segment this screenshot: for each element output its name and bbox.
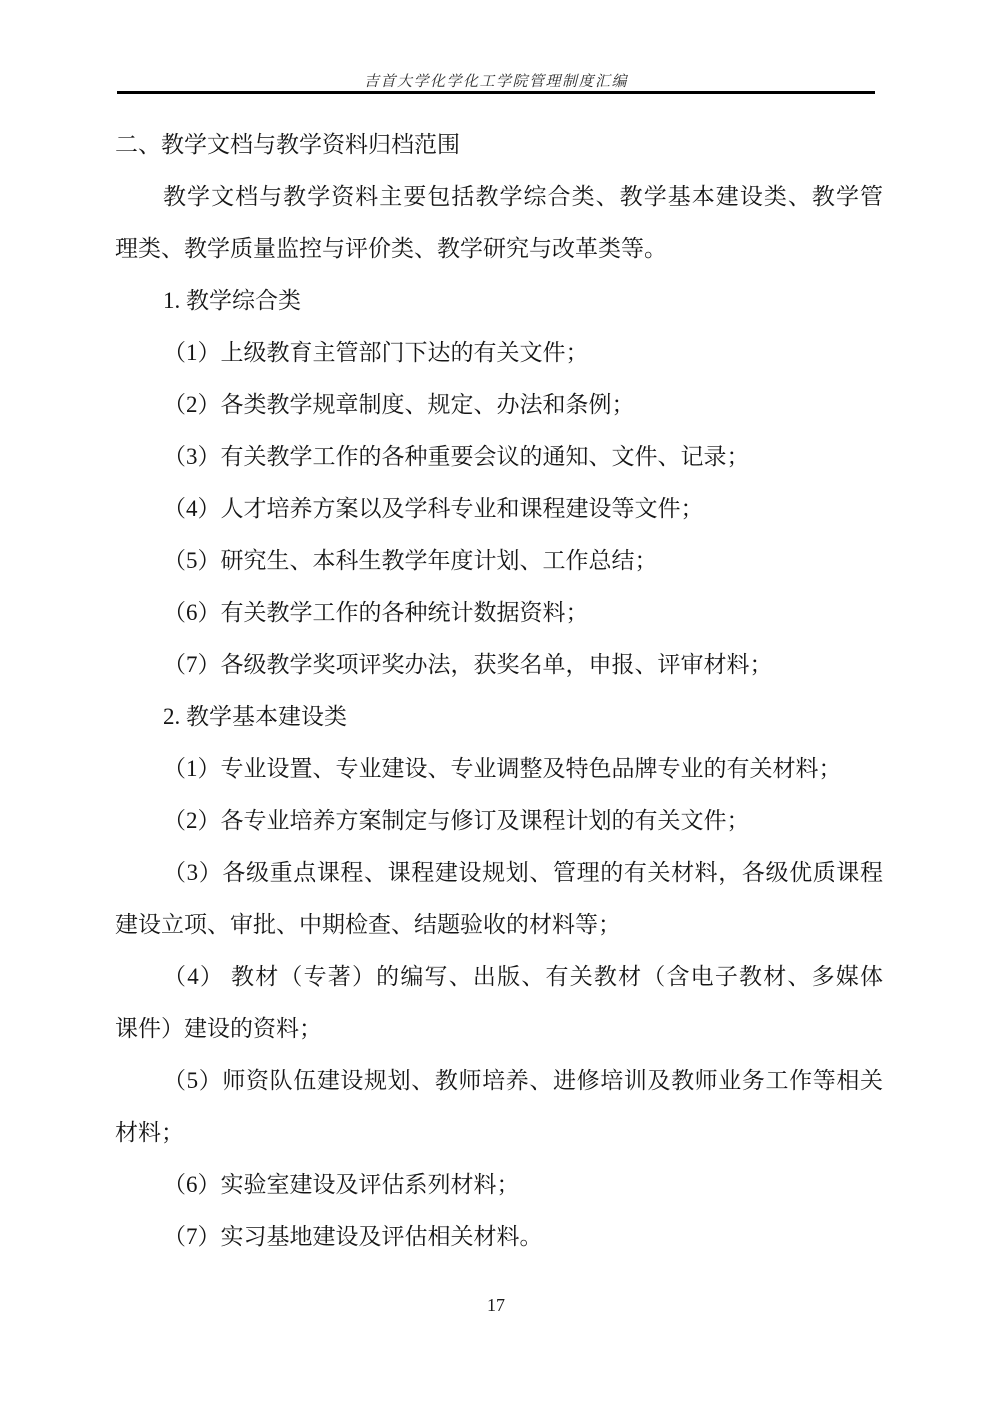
list-item-line: （2）各专业培养方案制定与修订及课程计划的有关文件； [115,795,883,847]
page-number: 17 [0,1294,992,1316]
list-item-line: （1）专业设置、专业建设、专业调整及特色品牌专业的有关材料； [115,743,883,795]
paragraph-line: 理类、教学质量监控与评价类、教学研究与改革类等。 [115,223,883,275]
list-item-line: （3）各级重点课程、课程建设规划、管理的有关材料，各级优质课程 [115,847,883,899]
list-item-line: （7）各级教学奖项评奖办法，获奖名单，申报、评审材料； [115,639,883,691]
list-section-heading: 1. 教学综合类 [115,275,883,327]
list-item-line: （3）有关教学工作的各种重要会议的通知、文件、记录； [115,431,883,483]
paragraph-line: 教学文档与教学资料主要包括教学综合类、教学基本建设类、教学管 [115,171,883,223]
list-item-line: （5）研究生、本科生教学年度计划、工作总结； [115,535,883,587]
list-item-line: （4） 教材（专著）的编写、出版、有关教材（含电子教材、多媒体 [115,951,883,1003]
page: 吉首大学化学化工学院管理制度汇编 二、教学文档与教学资料归档范围 教学文档与教学… [0,0,992,1403]
list-item-line: （6）实验室建设及评估系列材料； [115,1159,883,1211]
list-item-line: （1）上级教育主管部门下达的有关文件； [115,327,883,379]
section-heading: 二、教学文档与教学资料归档范围 [115,119,883,171]
list-item-line: （5）师资队伍建设规划、教师培养、进修培训及教师业务工作等相关 [115,1055,883,1107]
list-item-line: （2）各类教学规章制度、规定、办法和条例； [115,379,883,431]
document-body: 二、教学文档与教学资料归档范围 教学文档与教学资料主要包括教学综合类、教学基本建… [115,119,883,1263]
list-item-continuation: 课件）建设的资料； [115,1003,883,1055]
running-header-title: 吉首大学化学化工学院管理制度汇编 [0,74,992,91]
header-rule [117,91,875,94]
list-item-line: （7）实习基地建设及评估相关材料。 [115,1211,883,1263]
list-item-line: （6）有关教学工作的各种统计数据资料； [115,587,883,639]
list-item-line: （4）人才培养方案以及学科专业和课程建设等文件； [115,483,883,535]
list-item-continuation: 建设立项、审批、中期检查、结题验收的材料等； [115,899,883,951]
list-section-heading: 2. 教学基本建设类 [115,691,883,743]
list-item-continuation: 材料； [115,1107,883,1159]
document-page: { "header": { "title": "吉首大学化学化工学院管理制度汇编… [0,0,992,1403]
